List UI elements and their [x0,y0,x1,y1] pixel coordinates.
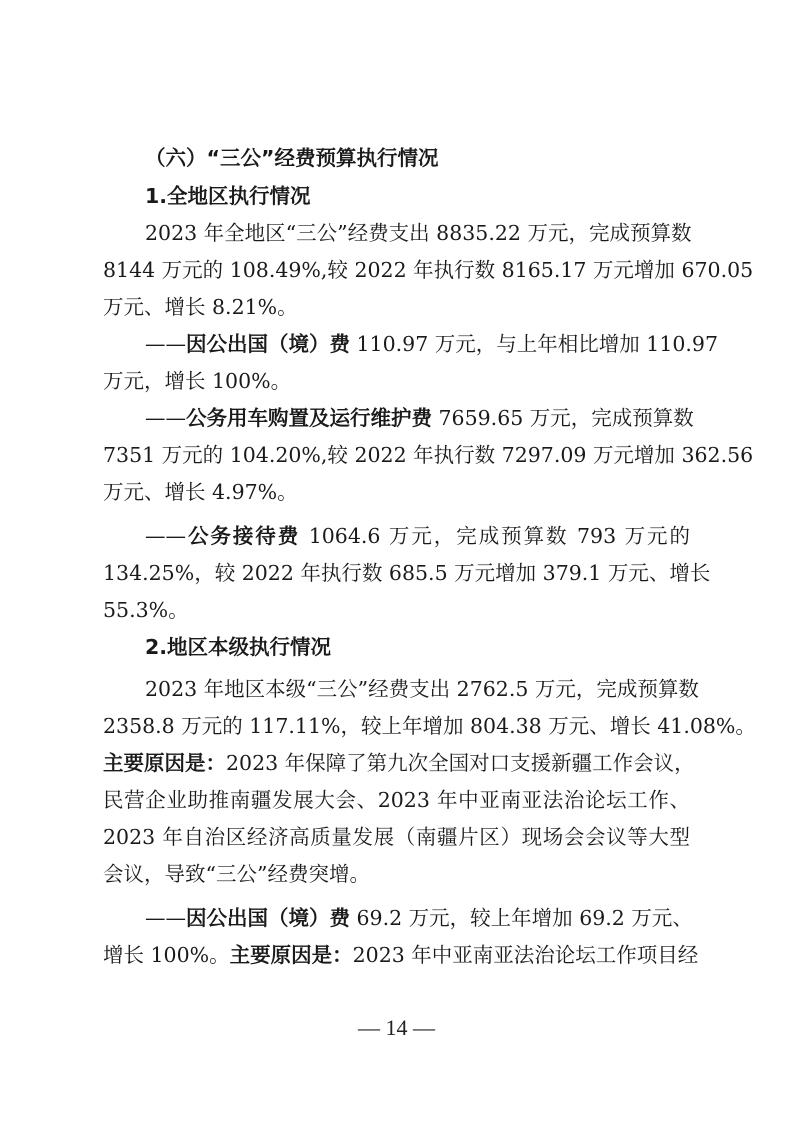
paragraph-line: 55.3%。 [103,595,690,625]
paragraph-line: 8144 万元的 108.49%,较 2022 年执行数 8165.17 万元增… [103,255,690,285]
item-dash: —— [145,406,186,430]
paragraph-line: 134.25%，较 2022 年执行数 685.5 万元增加 379.1 万元、… [103,558,690,588]
item-reception: ——公务接待费 1064.6 万元，完成预算数 793 万元的 [145,521,690,551]
reason-paragraph: 增长 100%。主要原因是：2023 年中亚南亚法治论坛工作项目经 [103,940,690,970]
paragraph-line: 2023 年全地区“三公”经费支出 8835.22 万元，完成预算数 [145,218,690,248]
reason-text: 2023 年保障了第九次全国对口支援新疆工作会议， [226,751,695,775]
paragraph-line: 民营企业助推南疆发展大会、2023 年中亚南亚法治论坛工作、 [103,785,690,815]
paragraph-line: 2023 年地区本级“三公”经费支出 2762.5 万元，完成预算数 [145,674,690,704]
item-text: 69.2 万元，较上年增加 69.2 万元、 [350,906,693,930]
item-label: 公务接待费 [186,524,300,548]
item-label: 公务用车购置及运行维护费 [186,406,432,430]
paragraph-line: 7351 万元的 104.20%,较 2022 年执行数 7297.09 万元增… [103,440,690,470]
item-outbound-travel-region: ——因公出国（境）费 69.2 万元，较上年增加 69.2 万元、 [145,903,690,933]
paragraph-line: 万元、增长 8.21%。 [103,292,690,322]
paragraph-line: 万元、增长 4.97%。 [103,477,690,507]
item-dash: —— [145,332,186,356]
subsection-title-all-region: 1.全地区执行情况 [145,181,690,211]
reason-label: 主要原因是： [230,943,353,967]
section-title: （六）“三公”经费预算执行情况 [145,143,690,173]
item-text: 7659.65 万元，完成预算数 [432,406,694,430]
item-dash: —— [145,524,186,548]
reason-paragraph: 主要原因是：2023 年保障了第九次全国对口支援新疆工作会议， [103,748,690,778]
item-label: 因公出国（境）费 [186,332,350,356]
item-text: 110.97 万元，与上年相比增加 110.97 [350,332,718,356]
item-label: 因公出国（境）费 [186,906,350,930]
item-vehicle: ——公务用车购置及运行维护费 7659.65 万元，完成预算数 [145,403,690,433]
item-text: 增长 100%。 [103,943,230,967]
subsection-title-region-level: 2.地区本级执行情况 [145,632,690,662]
item-text: 1064.6 万元，完成预算数 793 万元的 [300,524,690,548]
reason-label: 主要原因是： [103,751,226,775]
paragraph-line: 万元，增长 100%。 [103,366,690,396]
document-page: （六）“三公”经费预算执行情况 1.全地区执行情况 2023 年全地区“三公”经… [0,0,793,1122]
reason-text: 2023 年中亚南亚法治论坛工作项目经 [353,943,699,967]
paragraph-line: 2358.8 万元的 117.11%，较上年增加 804.38 万元、增长 41… [103,711,690,741]
item-outbound-travel: ——因公出国（境）费 110.97 万元，与上年相比增加 110.97 [145,329,690,359]
page-number: — 14 — [0,1015,793,1041]
paragraph-line: 会议，导致“三公”经费突增。 [103,859,690,889]
item-dash: —— [145,906,186,930]
paragraph-line: 2023 年自治区经济高质量发展（南疆片区）现场会会议等大型 [103,822,690,852]
